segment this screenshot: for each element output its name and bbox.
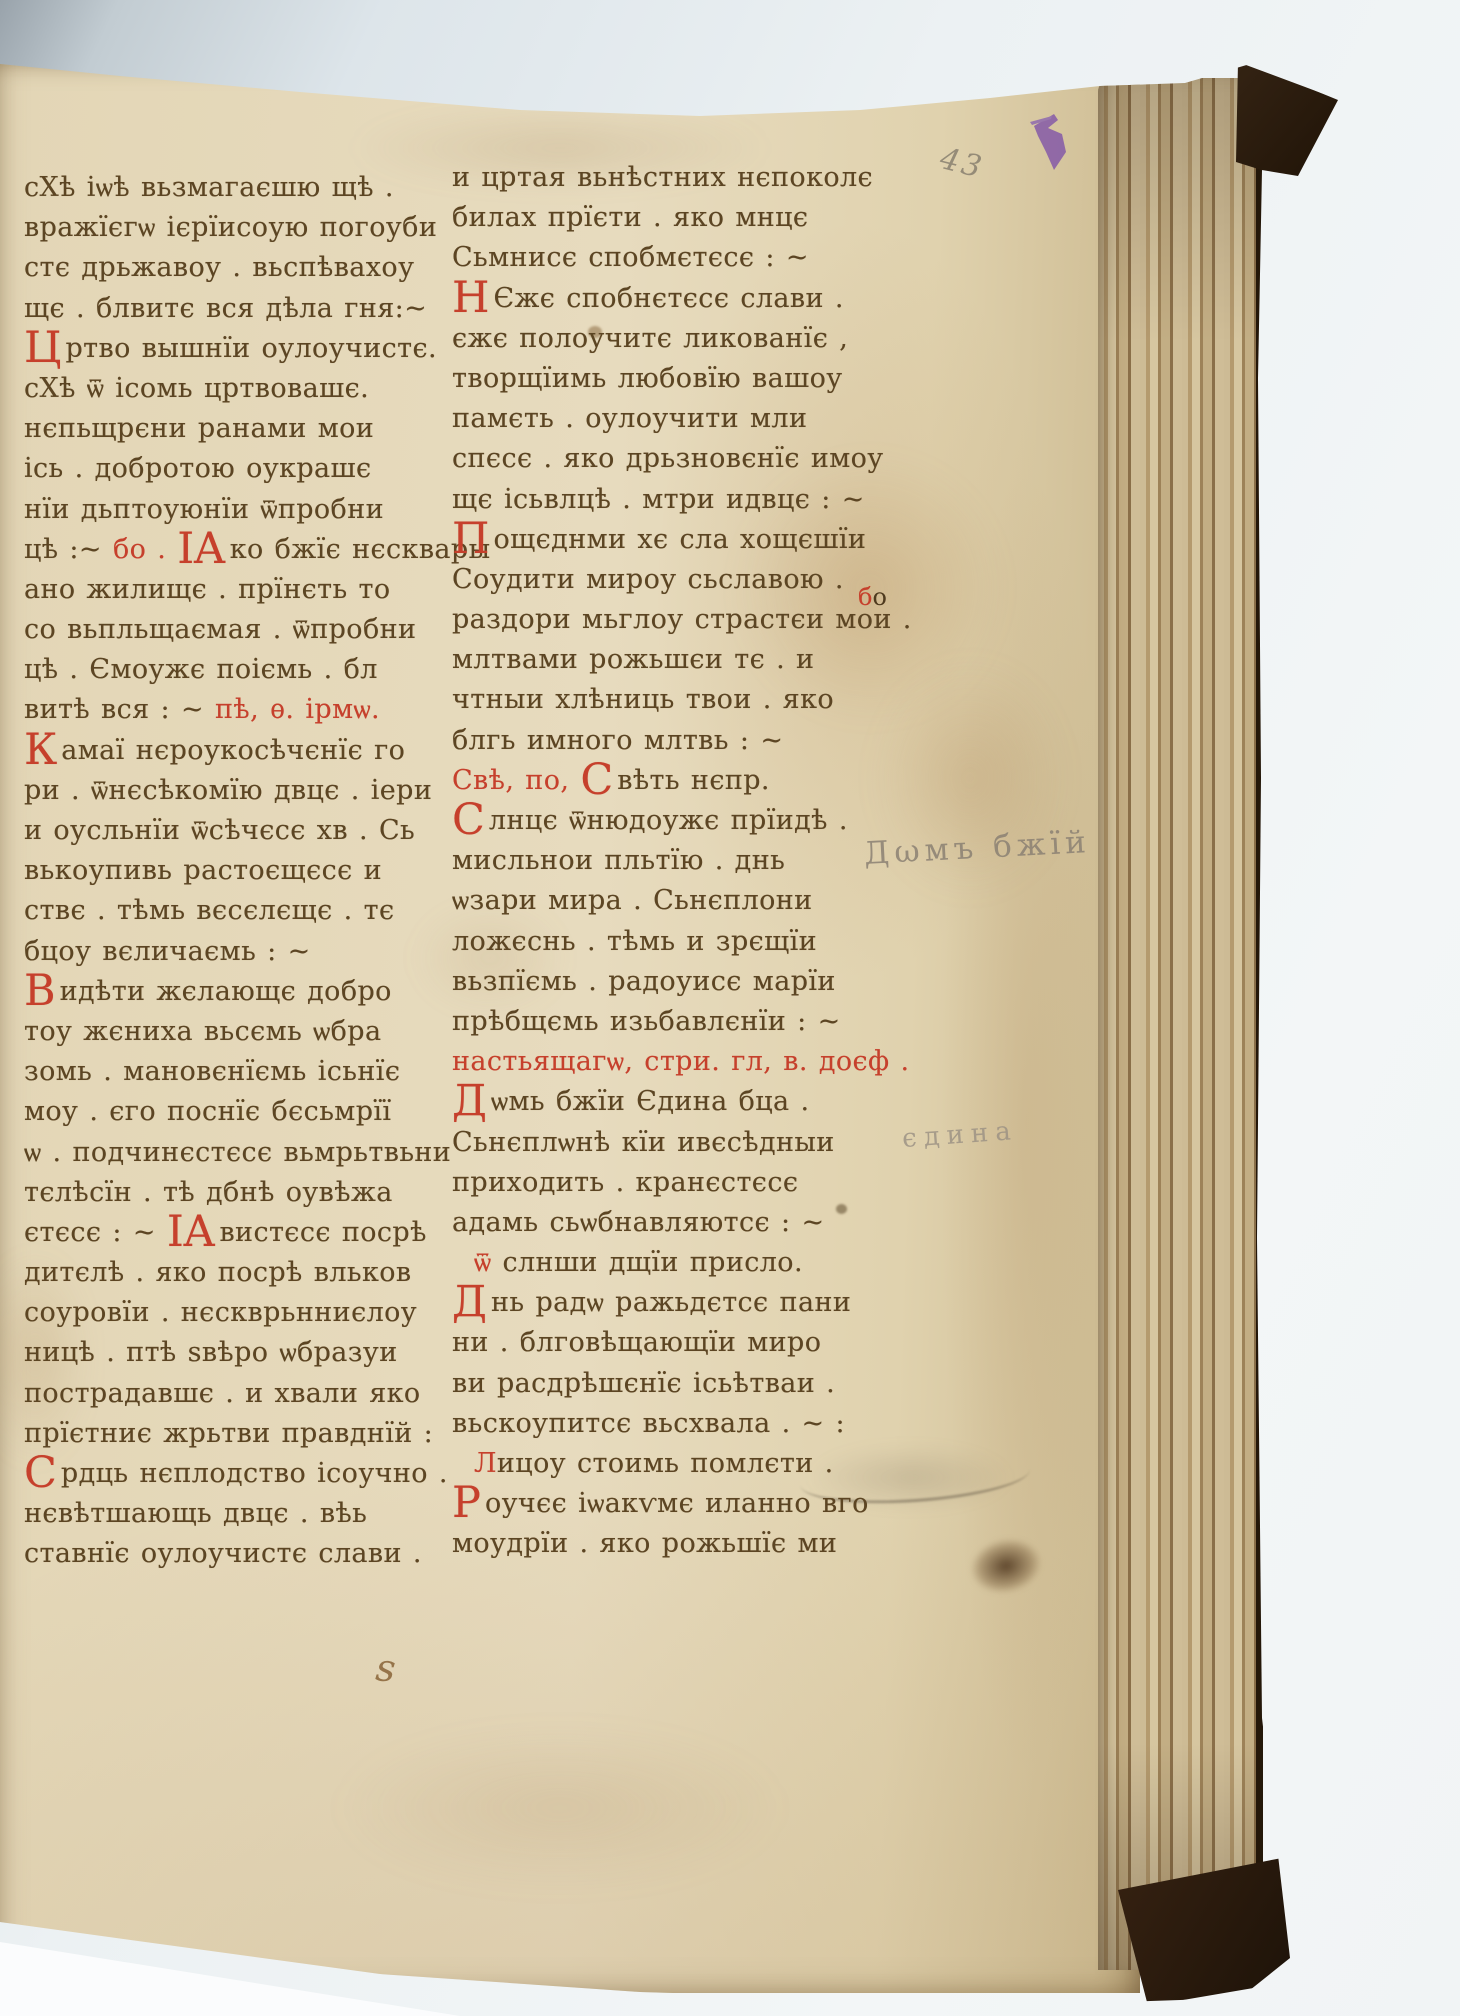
ink-text: билах прїєти . яко мнцє xyxy=(452,202,808,233)
manuscript-line: раздори мьглоу страстєи мои . xyxy=(452,600,908,640)
ink-text: нєвѣтшающь двцє . вѣь xyxy=(24,1498,367,1529)
ink-text: єжє полоучитє ликованїє , xyxy=(452,323,848,354)
ink-text: ни . блговѣщающїи миро xyxy=(452,1327,821,1358)
initial-text: Ц xyxy=(24,323,61,373)
manuscript-line: тєлѣсїн . тѣ дбнѣ оувѣжа xyxy=(24,1173,460,1213)
manuscript-line: Сьмнисє спобмєтєсє : ~ xyxy=(452,238,908,278)
initial-text: К xyxy=(24,725,56,775)
manuscript-line: бцоу вєличаємь : ~ xyxy=(24,932,460,972)
ink-text: спєсє . яко дрьзновєнїє имоу xyxy=(452,443,884,474)
manuscript-line: Свѣ, по, Свѣть нєпр. xyxy=(452,761,908,801)
dark-ink-stain xyxy=(952,1521,1061,1611)
manuscript-line: нєвѣтшающь двцє . вѣь xyxy=(24,1494,460,1534)
ink-text: вьзпїємь . радоуисє марїи xyxy=(452,966,836,997)
initial-text: ІА xyxy=(167,1207,215,1257)
ink-text: зомь . мановєнїємь ісьнїє xyxy=(24,1056,400,1087)
ink-text: рдць нєплодство ісоучно . xyxy=(61,1458,448,1489)
manuscript-line: приходить . кранєстєсє xyxy=(452,1163,908,1203)
red-text: настьящагѡ, стри. гл, в. доєф . xyxy=(452,1046,910,1077)
manuscript-line: тоу жєниха вьсємь ѡбра xyxy=(24,1012,460,1052)
ink-text: и оусльнїи ѿсѣчєсє хв . Сь xyxy=(24,815,415,846)
ink-text: лнцє ѿнюдоужє прїидѣ . xyxy=(489,805,848,836)
manuscript-line: Сьнєплѡнѣ кїи ивєсѣдныи xyxy=(452,1123,908,1163)
manuscript-line: прїєтниє жрьтви правднїй : xyxy=(24,1414,460,1454)
ink-text: Єжє спобнєтєсє слави . xyxy=(494,283,844,314)
manuscript-line: вражїєгѡ ієрїисоую погоуби xyxy=(24,208,460,248)
ink-text: ісь . добротою оукрашє xyxy=(24,453,372,484)
ink-text: ѡ . подчинєстєсє вьмрьтвьни xyxy=(24,1137,451,1168)
ink-text: вьскоупитсє вьсхвала . ~ : xyxy=(452,1408,845,1439)
ink-text: дитєлѣ . яко посрѣ вльков xyxy=(24,1257,412,1288)
ink-text: сХѣ ѿ ісомь цртвовашє. xyxy=(24,373,369,404)
initial-text: Д xyxy=(452,1076,486,1126)
pencil-note-edina: єдина xyxy=(901,1116,1019,1154)
ink-text: ложєснь . тѣмь и зрєщїи xyxy=(452,926,817,957)
manuscript-line: щє . блвитє вся дѣла гня:~ xyxy=(24,289,460,329)
manuscript-line: настьящагѡ, стри. гл, в. доєф . xyxy=(452,1042,908,1082)
ink-text: приходить . кранєстєсє xyxy=(452,1167,798,1198)
ink-text: нєпьщрєни ранами мои xyxy=(24,413,374,444)
ink-text: сХѣ іѡѣ вьзмагаєшю щѣ . xyxy=(24,172,394,203)
manuscript-line: ни . блговѣщающїи миро xyxy=(452,1323,908,1363)
ink-text: Сьмнисє спобмєтєсє : ~ xyxy=(452,242,809,273)
manuscript-line: блгь имного млтвь : ~ xyxy=(452,721,908,761)
manuscript-line: творщїимь любовїю вашоу xyxy=(452,359,908,399)
initial-text: Д xyxy=(452,1277,486,1327)
ink-text: идѣти жєлающє добро xyxy=(60,976,392,1007)
initial-text: С xyxy=(580,755,612,805)
ink-text: оучєє іѡакѵмє иланно вго xyxy=(485,1488,869,1519)
initial-text: ІА xyxy=(177,524,225,574)
ink-text: раздори мьглоу страстєи мои . xyxy=(452,604,912,635)
manuscript-line: ано жилищє . прїнєть то xyxy=(24,570,460,610)
ink-text: ртво вышнїи оулоучистє. xyxy=(66,333,438,364)
initial-text: В xyxy=(24,966,55,1016)
manuscript-line: Камаї нєроукосѣчєнїє го xyxy=(24,731,460,771)
manuscript-line: ви расдрѣшєнїє ісьѣтваи . xyxy=(452,1364,908,1404)
ink-text: бцоу вєличаємь : ~ xyxy=(24,936,311,967)
ink-text: ставнїє оулоучистє слави . xyxy=(24,1538,422,1569)
ink-text: творщїимь любовїю вашоу xyxy=(452,363,843,394)
ink-text: моудрїи . яко рожьшїє ми xyxy=(452,1528,837,1559)
manuscript-book: сХѣ іѡѣ вьзмагаєшю щѣ .вражїєгѡ ієрїисоу… xyxy=(0,58,1340,2008)
ink-text: тоу жєниха вьсємь ѡбра xyxy=(24,1016,381,1047)
stain xyxy=(250,1698,870,1918)
page-number-pencil: 43 xyxy=(936,141,987,186)
ink-text: єтєсє : ~ xyxy=(24,1217,167,1248)
ink-text: млтвами рожьшєи тє . и xyxy=(452,644,814,675)
manuscript-line: стє дрьжавоу . вьспѣвахоу xyxy=(24,248,460,288)
initial-text: Р xyxy=(452,1478,480,1528)
ink-text: нїи дьптоуюнїи ѿпробни xyxy=(24,494,384,525)
manuscript-line: щє ісьвлцѣ . мтри идвцє : ~ xyxy=(452,480,908,520)
manuscript-line: Пощєднми хє сла хощєшїи xyxy=(452,520,908,560)
ink-text: чтныи хлѣниць твои . яко xyxy=(452,684,834,715)
manuscript-line: и цртая вьнѣстних нєпоколє xyxy=(452,158,908,198)
red-text: пѣ, ѳ. ірмѡ. xyxy=(215,694,380,725)
ink-text: вистєсє посрѣ xyxy=(219,1217,426,1248)
ink-text: блгь имного млтвь : ~ xyxy=(452,725,783,756)
manuscript-line: цѣ . Ємоужє поіємь . бл xyxy=(24,650,460,690)
text-column-right: и цртая вьнѣстних нєпоколєбилах прїєти .… xyxy=(452,158,908,1565)
manuscript-line: Видѣти жєлающє добро xyxy=(24,972,460,1012)
initial-text: П xyxy=(452,514,489,564)
manuscript-line: пострадавшє . и хвали яко xyxy=(24,1374,460,1414)
manuscript-line: Роучєє іѡакѵмє иланно вго xyxy=(452,1484,908,1524)
manuscript-line: ѡзари мира . Сьнєплони xyxy=(452,881,908,921)
manuscript-line: Лицоу стоимь помлєти . xyxy=(452,1444,908,1484)
ink-text: моу . єго поснїє бєсьмрїї xyxy=(24,1096,391,1127)
manuscript-line: со вьпльщаємая . ѿпробни xyxy=(24,610,460,650)
manuscript-line: Слнцє ѿнюдоужє прїидѣ . xyxy=(452,801,908,841)
ink-text: мисльнои пльтїю . днь xyxy=(452,845,785,876)
ink-text: тєлѣсїн . тѣ дбнѣ оувѣжа xyxy=(24,1177,393,1208)
ink-text: амаї нєроукосѣчєнїє го xyxy=(61,735,405,766)
ink-text: стє дрьжавоу . вьспѣвахоу xyxy=(24,252,414,283)
ink-text: адамь сьѡбнавляютсє : ~ xyxy=(452,1207,825,1238)
ink-text: со вьпльщаємая . ѿпробни xyxy=(24,614,416,645)
manuscript-line: чтныи хлѣниць твои . яко xyxy=(452,680,908,720)
ink-text: ницѣ . птѣ ѕвѣро ѡбразуи xyxy=(24,1337,398,1368)
red-text: ѿ xyxy=(452,1247,502,1278)
manuscript-line: ставнїє оулоучистє слави . xyxy=(24,1534,460,1574)
manuscript-line: єтєсє : ~ ІАвистєсє посрѣ xyxy=(24,1213,460,1253)
manuscript-line: прѣбщємь изьбавлєнїи : ~ xyxy=(452,1002,908,1042)
red-text: бо . xyxy=(113,534,177,565)
manuscript-line: ѿ слнши дщїи присло. xyxy=(452,1243,908,1283)
quire-mark: ѕ xyxy=(374,1645,398,1691)
manuscript-line: вькоупивь растоєщєсє и xyxy=(24,851,460,891)
manuscript-line: вьзпїємь . радоуисє марїи xyxy=(452,962,908,1002)
ink-text: ствє . тѣмь вєсєлєщє . тє xyxy=(24,895,395,926)
manuscript-line: ницѣ . птѣ ѕвѣро ѡбразуи xyxy=(24,1333,460,1373)
manuscript-line: Дѡмь бжїи Єдина бца . xyxy=(452,1082,908,1122)
ink-text: Соудити мироу сьславою . xyxy=(452,564,844,595)
ink-text: слнши дщїи присло. xyxy=(502,1247,802,1278)
manuscript-line: ствє . тѣмь вєсєлєщє . тє xyxy=(24,891,460,931)
manuscript-line: моу . єго поснїє бєсьмрїї xyxy=(24,1092,460,1132)
manuscript-line: Срдць нєплодство ісоучно . xyxy=(24,1454,460,1494)
margin-gloss-bo: бо xyxy=(858,583,887,611)
ink-text: ано жилищє . прїнєть то xyxy=(24,574,391,605)
gloss-dark-letter: о xyxy=(872,583,886,611)
gloss-red-letter: б xyxy=(858,583,872,611)
ink-text: ицоу стоимь помлєти . xyxy=(497,1448,834,1479)
purple-ink-mark xyxy=(1028,112,1076,176)
manuscript-line: Цртво вышнїи оулоучистє. xyxy=(24,329,460,369)
ink-text: цѣ . Ємоужє поіємь . бл xyxy=(24,654,378,685)
ink-text: щє ісьвлцѣ . мтри идвцє : ~ xyxy=(452,484,865,515)
manuscript-line: витѣ вся : ~ пѣ, ѳ. ірмѡ. xyxy=(24,690,460,730)
ink-text: ощєднми хє сла хощєшїи xyxy=(494,524,867,555)
manuscript-line: ісь . добротою оукрашє xyxy=(24,449,460,489)
manuscript-line: адамь сьѡбнавляютсє : ~ xyxy=(452,1203,908,1243)
manuscript-line: нєпьщрєни ранами мои xyxy=(24,409,460,449)
red-text: Свѣ, по, xyxy=(452,765,580,796)
book-fore-edge xyxy=(1098,78,1263,1970)
red-text: Л xyxy=(452,1448,497,1479)
ink-text: вражїєгѡ ієрїисоую погоуби xyxy=(24,212,437,243)
manuscript-page: сХѣ іѡѣ вьзмагаєшю щѣ .вражїєгѡ ієрїисоу… xyxy=(0,58,1140,1993)
manuscript-line: цѣ :~ бо . ІАко бжїє нєсквары xyxy=(24,530,460,570)
manuscript-line: млтвами рожьшєи тє . и xyxy=(452,640,908,680)
manuscript-line: сХѣ іѡѣ вьзмагаєшю щѣ . xyxy=(24,168,460,208)
manuscript-line: НЄжє спобнєтєсє слави . xyxy=(452,279,908,319)
manuscript-line: ложєснь . тѣмь и зрєщїи xyxy=(452,922,908,962)
ink-text: соуровїи . нєскврьнниєлоу xyxy=(24,1297,417,1328)
manuscript-line: єжє полоучитє ликованїє , xyxy=(452,319,908,359)
ink-text: памєть . оулоучити мли xyxy=(452,403,807,434)
ink-text: ри . ѿнєсѣкомїю двцє . іери xyxy=(24,775,432,806)
ink-text: пострадавшє . и хвали яко xyxy=(24,1378,421,1409)
ink-text: и цртая вьнѣстних нєпоколє xyxy=(452,162,873,193)
manuscript-line: ѡ . подчинєстєсє вьмрьтвьни xyxy=(24,1133,460,1173)
text-column-left: сХѣ іѡѣ вьзмагаєшю щѣ .вражїєгѡ ієрїисоу… xyxy=(24,168,460,1575)
ink-text: прѣбщємь изьбавлєнїи : ~ xyxy=(452,1006,841,1037)
manuscript-line: спєсє . яко дрьзновєнїє имоу xyxy=(452,439,908,479)
ink-text: ѡмь бжїи Єдина бца . xyxy=(491,1086,810,1117)
manuscript-line: дитєлѣ . яко посрѣ вльков xyxy=(24,1253,460,1293)
ink-text: нь радѡ ражьдєтсє пани xyxy=(491,1287,851,1318)
manuscript-line: сХѣ ѿ ісомь цртвовашє. xyxy=(24,369,460,409)
ink-text: цѣ :~ xyxy=(24,534,113,565)
manuscript-line: Днь радѡ ражьдєтсє пани xyxy=(452,1283,908,1323)
ink-text: вѣть нєпр. xyxy=(617,765,770,796)
ink-text: витѣ вся : ~ xyxy=(24,694,215,725)
manuscript-line: и оусльнїи ѿсѣчєсє хв . Сь xyxy=(24,811,460,851)
ink-text: ѡзари мира . Сьнєплони xyxy=(452,885,813,916)
initial-text: С xyxy=(452,795,484,845)
manuscript-line: памєть . оулоучити мли xyxy=(452,399,908,439)
manuscript-line: нїи дьптоуюнїи ѿпробни xyxy=(24,490,460,530)
manuscript-line: мисльнои пльтїю . днь xyxy=(452,841,908,881)
manuscript-line: Соудити мироу сьславою . xyxy=(452,560,908,600)
manuscript-line: моудрїи . яко рожьшїє ми xyxy=(452,1524,908,1564)
manuscript-line: билах прїєти . яко мнцє xyxy=(452,198,908,238)
ink-text: Сьнєплѡнѣ кїи ивєсѣдныи xyxy=(452,1127,835,1158)
ink-text: ви расдрѣшєнїє ісьѣтваи . xyxy=(452,1368,835,1399)
manuscript-line: ри . ѿнєсѣкомїю двцє . іери xyxy=(24,771,460,811)
ink-text: щє . блвитє вся дѣла гня:~ xyxy=(24,293,427,324)
initial-text: Н xyxy=(452,273,489,323)
initial-text: С xyxy=(24,1448,56,1498)
manuscript-line: вьскоупитсє вьсхвала . ~ : xyxy=(452,1404,908,1444)
ink-text: вькоупивь растоєщєсє и xyxy=(24,855,382,886)
manuscript-line: соуровїи . нєскврьнниєлоу xyxy=(24,1293,460,1333)
ink-text: прїєтниє жрьтви правднїй : xyxy=(24,1418,433,1449)
manuscript-line: зомь . мановєнїємь ісьнїє xyxy=(24,1052,460,1092)
